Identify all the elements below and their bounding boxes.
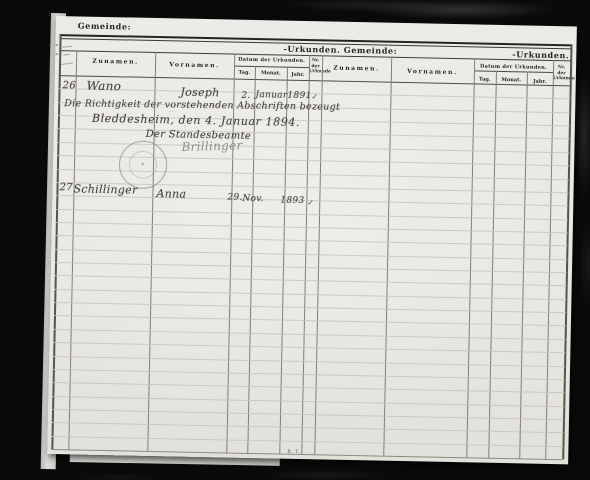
entry-surname: Schillinger (73, 182, 137, 196)
nr-line: Urkunde (309, 69, 322, 75)
registrar-signature: Brillinger (181, 138, 243, 154)
row-rule (52, 396, 564, 407)
entry-year: 1893 (280, 196, 304, 206)
ink-speck (55, 53, 58, 55)
nr-line: Urkunde (553, 76, 570, 82)
column-line (519, 71, 528, 458)
illegible-scribble (61, 63, 73, 65)
gemeinde-label: Gemeinde: (78, 20, 132, 31)
illegible-scribble (63, 54, 70, 56)
scanned-register-photo: { "page": { "gemeinde_label": "Gemeinde:… (0, 0, 590, 480)
row-rule (54, 329, 566, 340)
seal-inner-ring: ✶ (129, 150, 158, 179)
col-header-zunamen-right: Zunamen. (322, 64, 391, 72)
row-rule (55, 289, 567, 300)
entry-day: 2. (241, 91, 250, 101)
entry-surname: Wano (86, 79, 121, 94)
col-header-monat-right: Monat. (496, 77, 527, 84)
row-rule (56, 222, 568, 233)
row-rule (55, 262, 567, 273)
row-rule (52, 409, 564, 420)
col-header-tag-right: Tag. (474, 76, 496, 82)
column-line (488, 71, 497, 458)
row-rule (56, 209, 568, 220)
col-header-jahr-left: Jahr. (287, 72, 309, 78)
datum-subrule-right (474, 70, 553, 73)
col-header-datum-left: Datum der Urkunden. (234, 57, 309, 65)
col-header-zunamen-left: Zunamen. (76, 57, 155, 66)
illegible-scribble (62, 46, 72, 48)
row-rule (55, 275, 567, 286)
ledger-page: Gemeinde: -Urkunden. Gemeinde: -Urkunden… (47, 16, 577, 464)
col-header-monat-left: Monat. (255, 70, 287, 77)
certification-line2: Bleddesheim, den 4. Januar 1894. (92, 112, 300, 129)
row-rule (53, 382, 565, 393)
check-mark: ✓ (311, 92, 318, 101)
row-rule (53, 356, 565, 367)
col-header-tag-left: Tag. (234, 70, 255, 76)
entry-number: 27 (59, 182, 73, 193)
col-header-vornamen-left: Vornamen. (155, 61, 234, 70)
entry-firstname: Anna (156, 187, 186, 201)
entry-month: Nov. (242, 194, 264, 204)
official-seal-stamp: ✶ (119, 140, 168, 189)
col-header-nr-right: Nr. der Urkunde (553, 65, 570, 82)
check-mark: ✓ (307, 198, 314, 207)
row-rule (53, 342, 565, 353)
certification-line1: Die Richtigkeit der vorstehenden Abschri… (64, 98, 340, 113)
datum-subrule-left (234, 66, 309, 69)
col-header-nr-left: Nr. der Urkunde (309, 58, 322, 75)
row-rule (54, 315, 566, 326)
entry-firstname: Joseph (180, 86, 219, 100)
entry-number: 26 (62, 80, 76, 91)
pencil-smudge: · ‥ · · (490, 197, 522, 206)
printers-mark: B. T. (287, 450, 300, 455)
row-rule (55, 249, 567, 260)
entry-year: 1891 (287, 91, 311, 101)
ink-speck (55, 44, 58, 46)
row-rule (56, 235, 568, 246)
col-header-vornamen-right: Vornamen. (391, 68, 474, 77)
row-rule (54, 302, 566, 313)
entry-day: 29. (227, 192, 242, 202)
row-rule (58, 128, 570, 139)
row-rule (53, 369, 565, 380)
entry-month: Januar (255, 90, 287, 101)
row-rule (52, 436, 564, 447)
row-rule (52, 422, 564, 433)
